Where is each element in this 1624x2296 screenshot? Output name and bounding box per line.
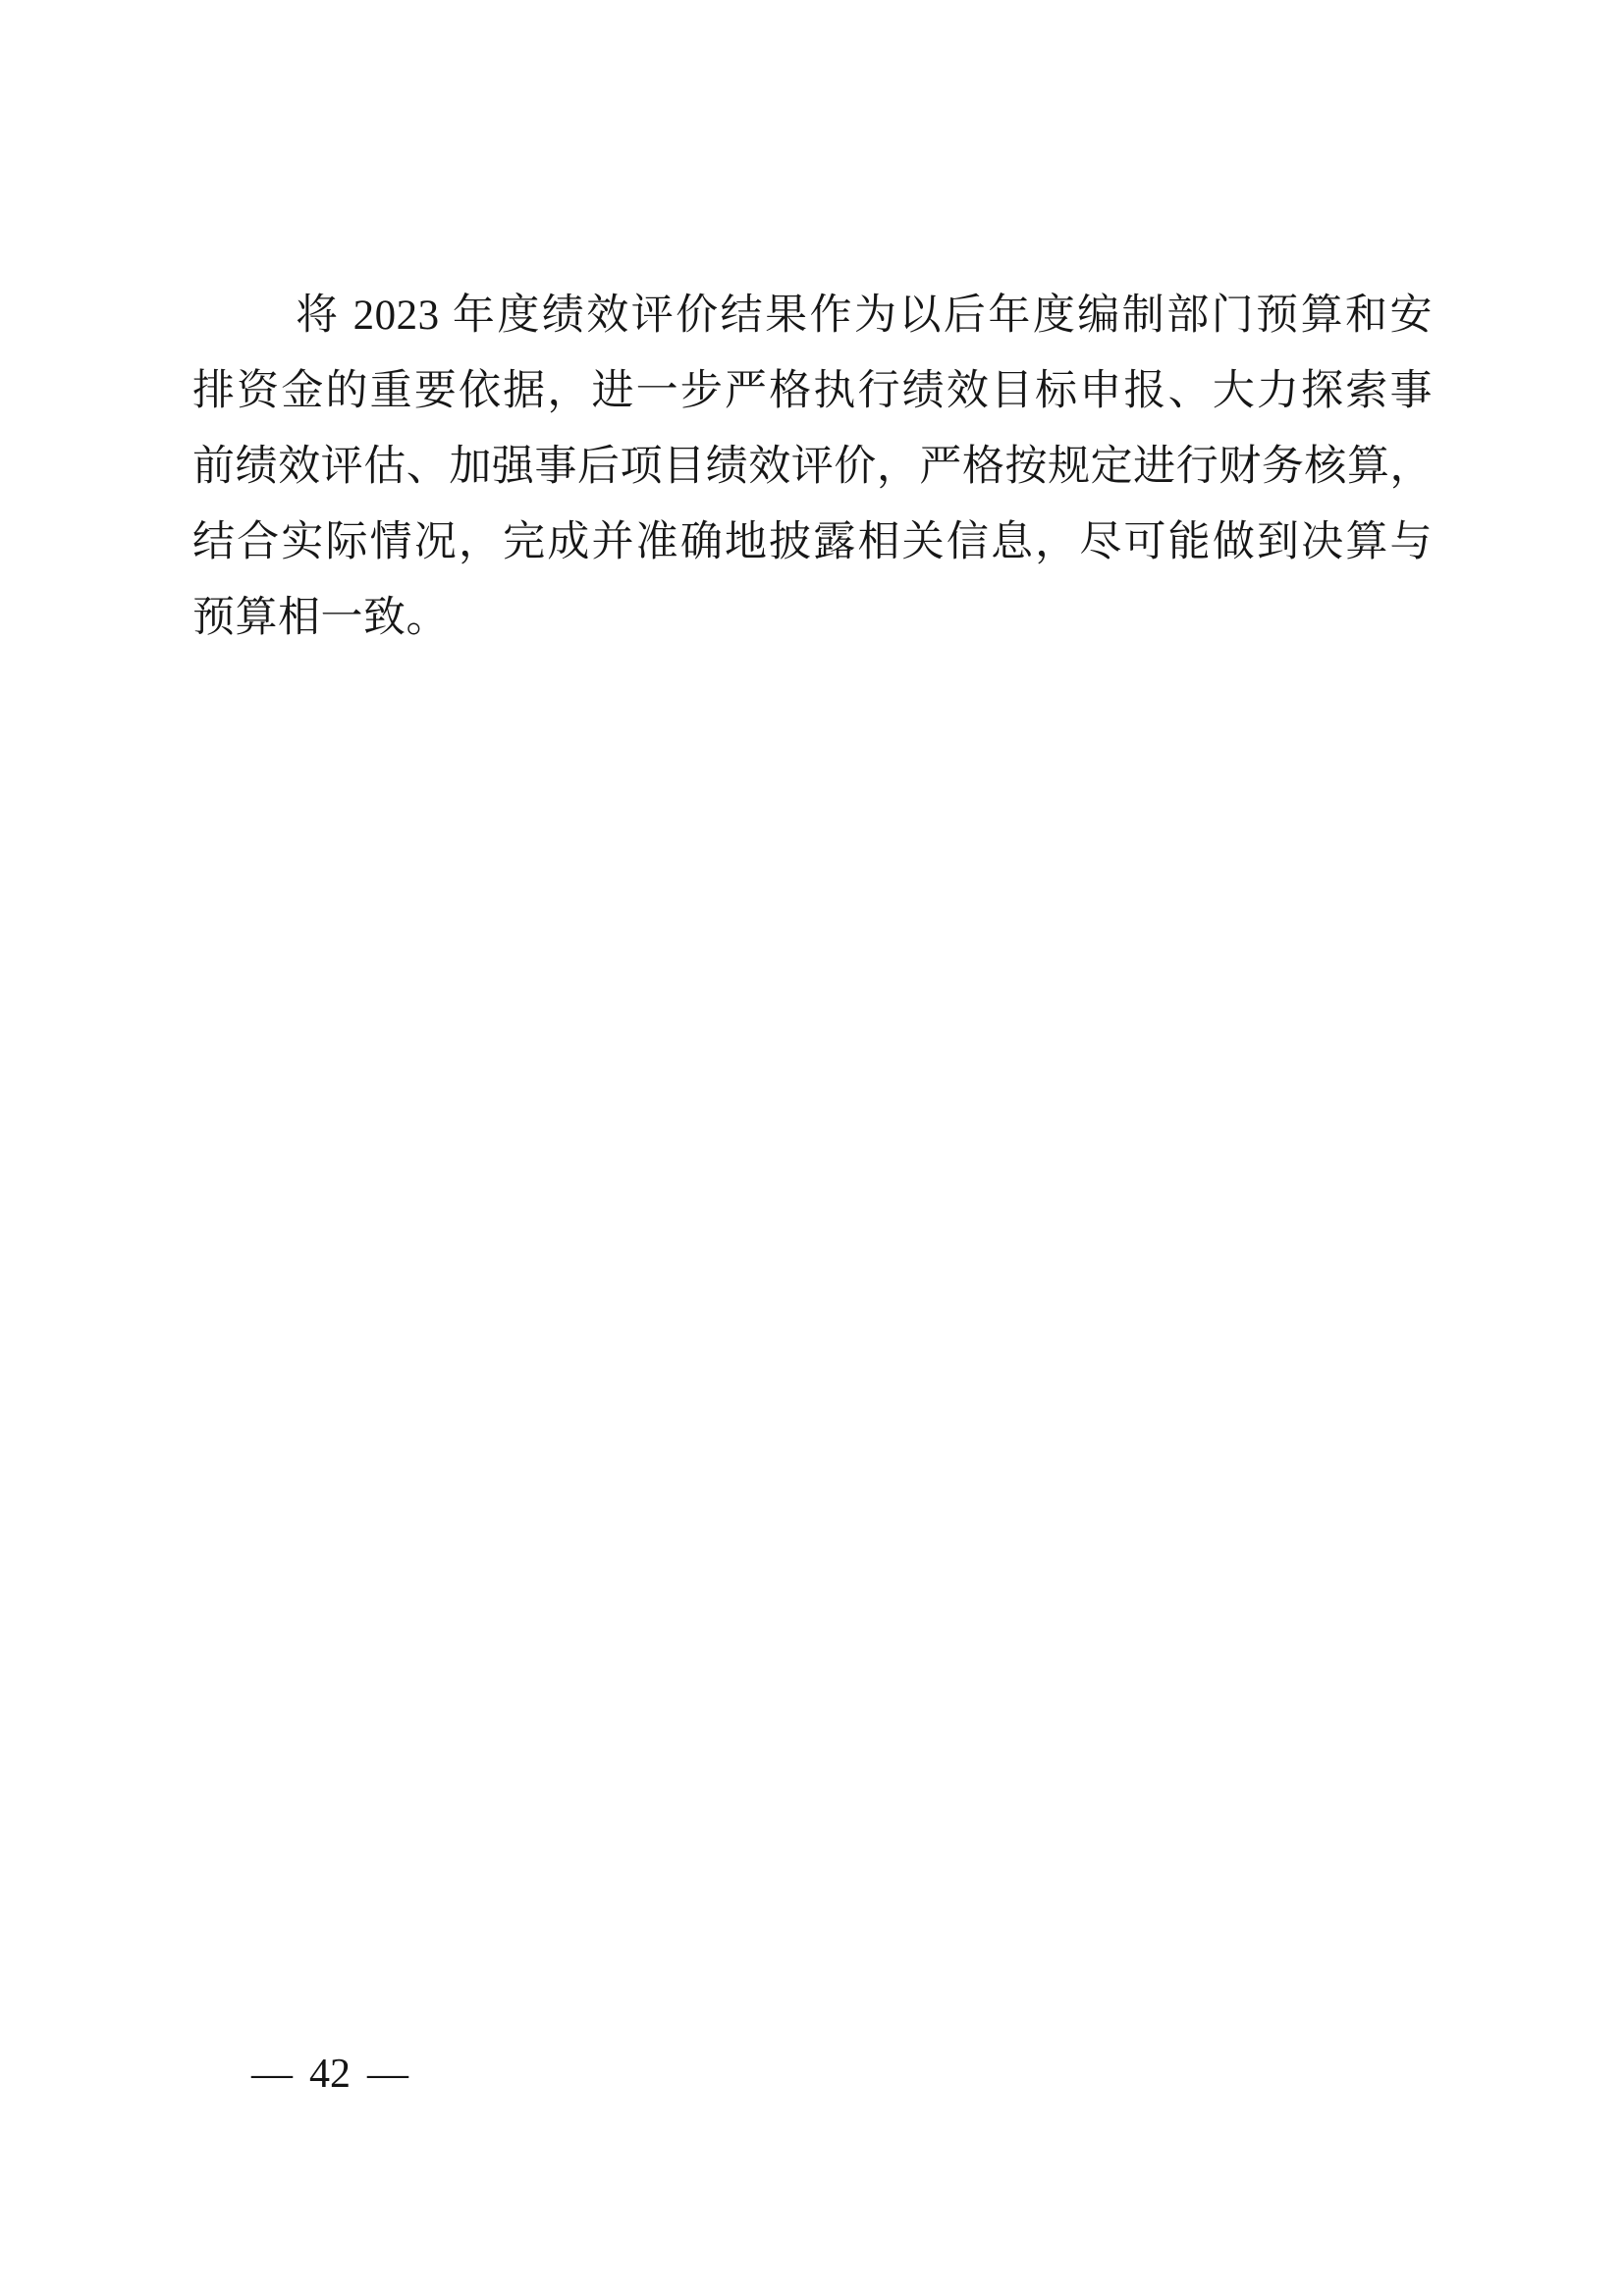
- paragraph-line: 将 2023 年度绩效评价结果作为以后年度编制部门预算和安: [192, 278, 1433, 353]
- page-number: 42: [309, 2051, 351, 2098]
- paragraph-line: 排资金的重要依据，进一步严格执行绩效目标申报、大力探索事: [192, 353, 1433, 429]
- paragraph-line: 结合实际情况，完成并准确地披露相关信息，尽可能做到决算与: [192, 505, 1433, 580]
- document-page: 将 2023 年度绩效评价结果作为以后年度编制部门预算和安 排资金的重要依据，进…: [0, 0, 1624, 2296]
- paragraph-line: 预算相一致。: [192, 580, 1433, 656]
- paragraph-line: 前绩效评估、加强事后项目绩效评价，严格按规定进行财务核算，: [192, 429, 1433, 505]
- paragraph: 将 2023 年度绩效评价结果作为以后年度编制部门预算和安 排资金的重要依据，进…: [192, 278, 1433, 656]
- footer-dash-left: —: [251, 2051, 293, 2098]
- footer-dash-right: —: [367, 2051, 408, 2098]
- page-footer: — 42 —: [251, 2051, 408, 2098]
